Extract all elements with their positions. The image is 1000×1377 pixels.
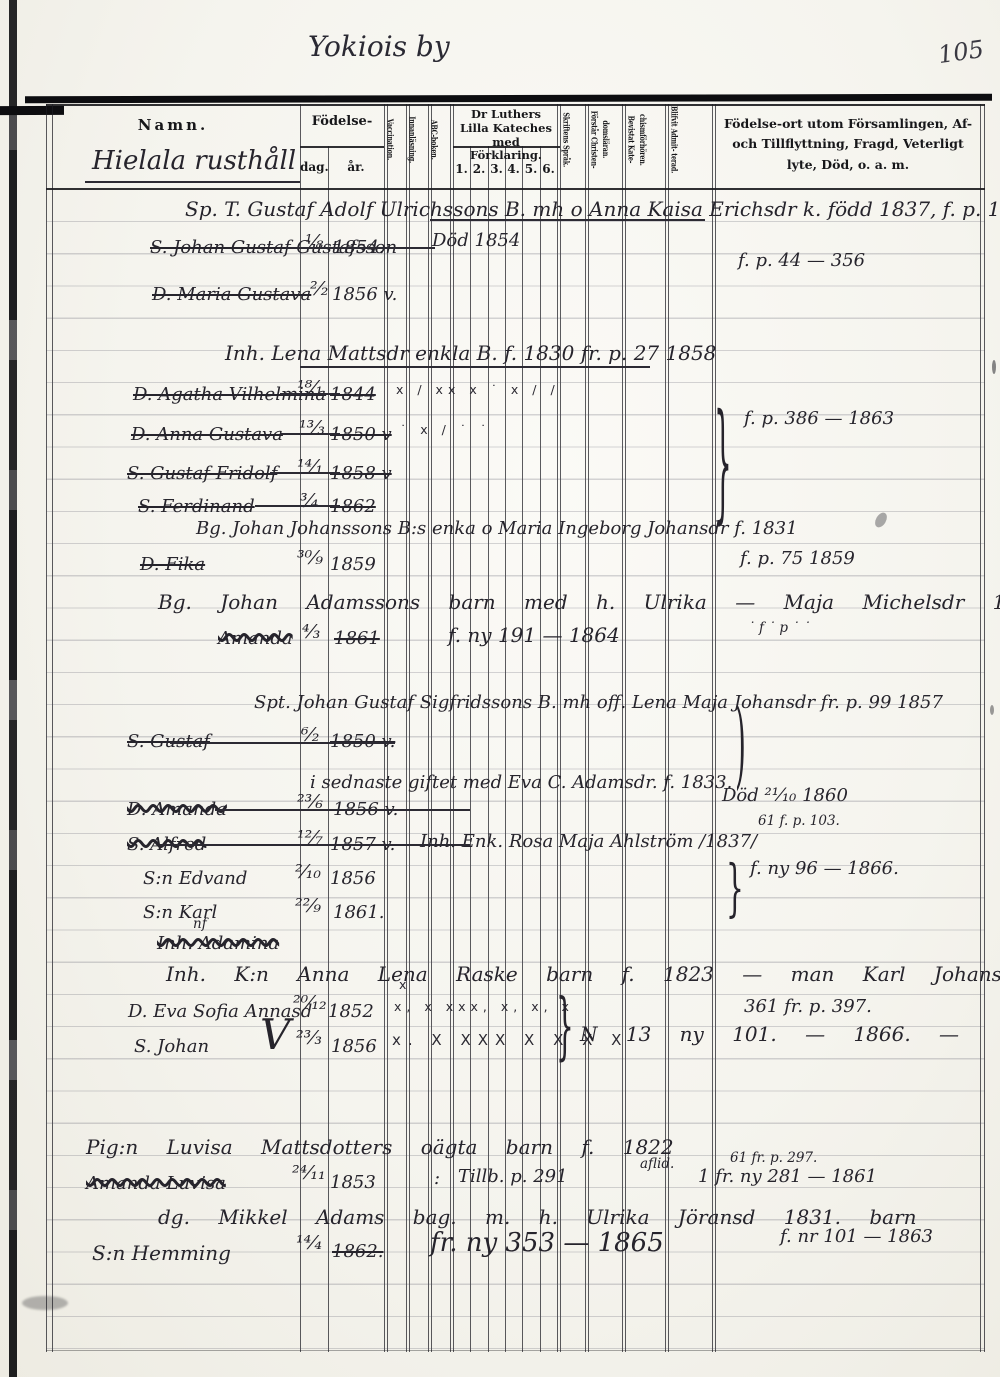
handwritten-entry: i sednaste giftet med Eva C. Adamsdr. f.… (310, 772, 732, 793)
handwritten-entry: Inh. Enk. Rosa Maja Ahlström /1837/ (420, 831, 757, 852)
handwritten-entry: ¹⁸⁄₁ (297, 377, 323, 399)
handwritten-entry: fr. ny 353 — 1865 (430, 1228, 664, 1258)
handwritten-entry: Död 1854 (432, 230, 520, 251)
column-header-skriftens-sprak: Skriftens Språk. (560, 106, 585, 173)
kateches-col-2: 2. (470, 162, 488, 176)
scanned-church-record-page: Yokiois by 105 Namn. Födelse- dag. år. V… (0, 0, 1000, 1377)
handwritten-entry: ²⁄₁₀ (295, 861, 321, 883)
column-header-kateches: Dr Luthers Lilla Kateches med Förklaring… (455, 108, 557, 163)
handwritten-entry: Amanda Luvisa (86, 1173, 226, 1194)
page-number: 105 (936, 35, 985, 69)
column-header-namn: Namn. (46, 116, 300, 134)
handwritten-entry: S. Gustaf Fridolf (127, 463, 277, 484)
handwritten-entry: ²³⁄₃ (296, 1027, 322, 1049)
handwritten-entry: D. Maria Gustava (152, 284, 311, 305)
column-header-abc-boken: ABC-boken. (428, 106, 450, 173)
handwritten-entry: x / xx x ˙ x / / (396, 382, 560, 397)
handwritten-entry: ²⁰⁄₁₂ (293, 992, 327, 1014)
handwritten-entry: 1861 (334, 628, 380, 649)
strike-line (270, 472, 340, 474)
column-header-anmarkningar: Födelse-ort utom Församlingen, Af- och T… (722, 114, 974, 175)
strike-line (285, 247, 435, 249)
handwritten-entry: : (434, 1168, 440, 1189)
handwritten-entry: Inh. Lena Mattsdr enkla B. f. 1830 fr. p… (225, 341, 716, 365)
column-header-dag: dag. (300, 160, 328, 174)
handwritten-entry: D. Anna Gustava (131, 424, 283, 445)
handwritten-entry: 61 fr. p. 297. (730, 1150, 817, 1166)
strike-line (170, 742, 395, 744)
handwritten-entry: ¹⁴⁄₄ (296, 1232, 322, 1254)
handwritten-entry: } (556, 983, 574, 1069)
handwritten-entry: f. p. 44 — 356 (738, 250, 865, 271)
handwritten-entry: Inh. Adamina (157, 933, 279, 954)
kateches-col-3: 3. (488, 162, 505, 176)
handwritten-entry: ³⁄₄ (300, 490, 318, 512)
handwritten-entry: f. ny 191 — 1864 (448, 623, 620, 647)
ink-mark (0, 106, 64, 115)
handwritten-entry: x (399, 977, 411, 992)
strike-line (280, 433, 340, 435)
handwritten-entry: D. Amanda (127, 799, 227, 820)
kateches-col-4: 4. (505, 162, 522, 176)
handwritten-entry: ) (735, 688, 746, 800)
column-header-fodelse: Födelse- (300, 114, 384, 129)
handwritten-entry: 361 fr. p. 397. (744, 996, 872, 1017)
handwritten-entry: D. Fika (140, 554, 205, 575)
handwritten-entry: Död ²¹⁄₁₀ 1860 (722, 785, 848, 806)
handwritten-entry: Sp. T. Gustaf Adolf Ulrichssons B. mh o … (185, 197, 1000, 221)
strike-line (255, 505, 340, 507)
strike-line (85, 181, 300, 183)
header-divider-line (300, 146, 384, 148)
handwritten-entry: 1856 (330, 868, 376, 889)
handwritten-entry: } (714, 386, 732, 538)
handwritten-entry: ²²⁄₉ (295, 895, 321, 917)
column-header-forstar-christendomslaran: Förstår Christen- domsläran. (588, 106, 622, 173)
handwritten-entry: f. ny 96 — 1866. (750, 858, 899, 879)
strike-line (300, 366, 650, 368)
handwritten-entry: ⁴⁄₃ (302, 621, 320, 643)
handwritten-entry: N 13 ny 101. — 1866. — (580, 1022, 959, 1046)
handwritten-entry: Tillb. p. 291 (458, 1166, 568, 1187)
handwritten-entry: ²⁴⁄₁₁ (292, 1162, 326, 1184)
handwritten-entry: 1861. (333, 902, 385, 923)
handwritten-entry: 1856 (331, 1036, 377, 1057)
handwritten-entry: f. p. 386 — 1863 (744, 408, 894, 429)
table-border-line (46, 104, 985, 106)
handwritten-entry: ³⁰⁄₉ (297, 547, 323, 569)
handwritten-entry: Inh. K:n Anna Lena Raske barn f. 1823 — … (166, 962, 1000, 986)
handwritten-entry: f. p. 75 1859 (740, 548, 855, 569)
handwritten-entry: } (726, 852, 744, 925)
handwritten-entry: 1856 v. (332, 284, 397, 305)
column-header-innanlasning: Innanläsning. (406, 106, 428, 173)
strike-line (215, 809, 470, 811)
handwritten-entry: 1852 (328, 1001, 374, 1022)
ink-speck (990, 705, 994, 715)
handwritten-entry: x, x xxx, x, x, x (394, 999, 574, 1014)
handwritten-entry: ˙ f ˙ p ˙ ˙ (748, 620, 810, 636)
handwritten-entry: 1 fr. ny 281 — 1861 (698, 1166, 877, 1187)
handwritten-entry: ˙ x / ˙ ˙ (400, 422, 491, 437)
kateches-col-1: 1. (453, 162, 470, 176)
handwritten-entry: S:n Edvand (143, 868, 247, 889)
table-top-rule (25, 94, 992, 104)
handwritten-entry: ²⁄₂ (310, 278, 328, 300)
handwritten-entry: Spt. Johan Gustaf Sigfridssons B. mh off… (254, 692, 943, 713)
handwritten-entry: ¹⁴⁄₁ (297, 456, 323, 478)
handwritten-entry: nf (193, 916, 207, 932)
handwritten-entry: 1862. (332, 1241, 384, 1262)
handwritten-entry: 1859 (330, 554, 376, 575)
strike-line (430, 219, 705, 221)
handwritten-entry: ¹⁄₈ (305, 231, 323, 253)
handwritten-entry: Bg. Johan Johanssons B:s enka o Maria In… (196, 518, 798, 539)
column-header-bevistat-katechismforhoren: Bevistat Kate- chismförhören. (625, 106, 665, 173)
handwritten-entry: V (260, 1010, 290, 1059)
handwritten-entry: Bg. Johan Adamssons barn med h. Ulrika —… (158, 590, 1000, 614)
handwritten-entry: S. Johan (134, 1036, 209, 1057)
column-header-blifvit-admitterad: Blifvit Admit- terad. (668, 106, 712, 173)
handwritten-entry: 1853 (330, 1172, 376, 1193)
handwritten-entry: f. nr 101 — 1863 (780, 1226, 933, 1247)
handwritten-entry: 61 f. p. 103. (758, 813, 840, 829)
handwritten-entry: ¹³⁄₃ (299, 417, 325, 439)
binding-edge-bar (9, 0, 17, 1377)
table-bottom-line (46, 1350, 985, 1351)
kateches-col-6: 6. (540, 162, 557, 176)
column-header-ar: år. (328, 160, 384, 174)
handwritten-entry: aflid. (640, 1156, 674, 1172)
ink-speck (992, 360, 996, 374)
handwritten-entry: Amanda (218, 628, 293, 649)
household-heading: Hielala rusthåll (92, 146, 296, 176)
kateches-col-5: 5. (522, 162, 540, 176)
handwritten-entry: S. Ferdinand (138, 496, 255, 517)
village-annotation: Yokiois by (308, 30, 450, 63)
strike-line (160, 844, 470, 846)
handwritten-entry: S:n Hemming (92, 1241, 231, 1265)
strike-line (280, 393, 340, 395)
column-header-vaccination: Vaccination. (384, 106, 406, 173)
handwritten-entry: Pig:n Luvisa Mattsdotters oägta barn f. … (86, 1135, 674, 1159)
